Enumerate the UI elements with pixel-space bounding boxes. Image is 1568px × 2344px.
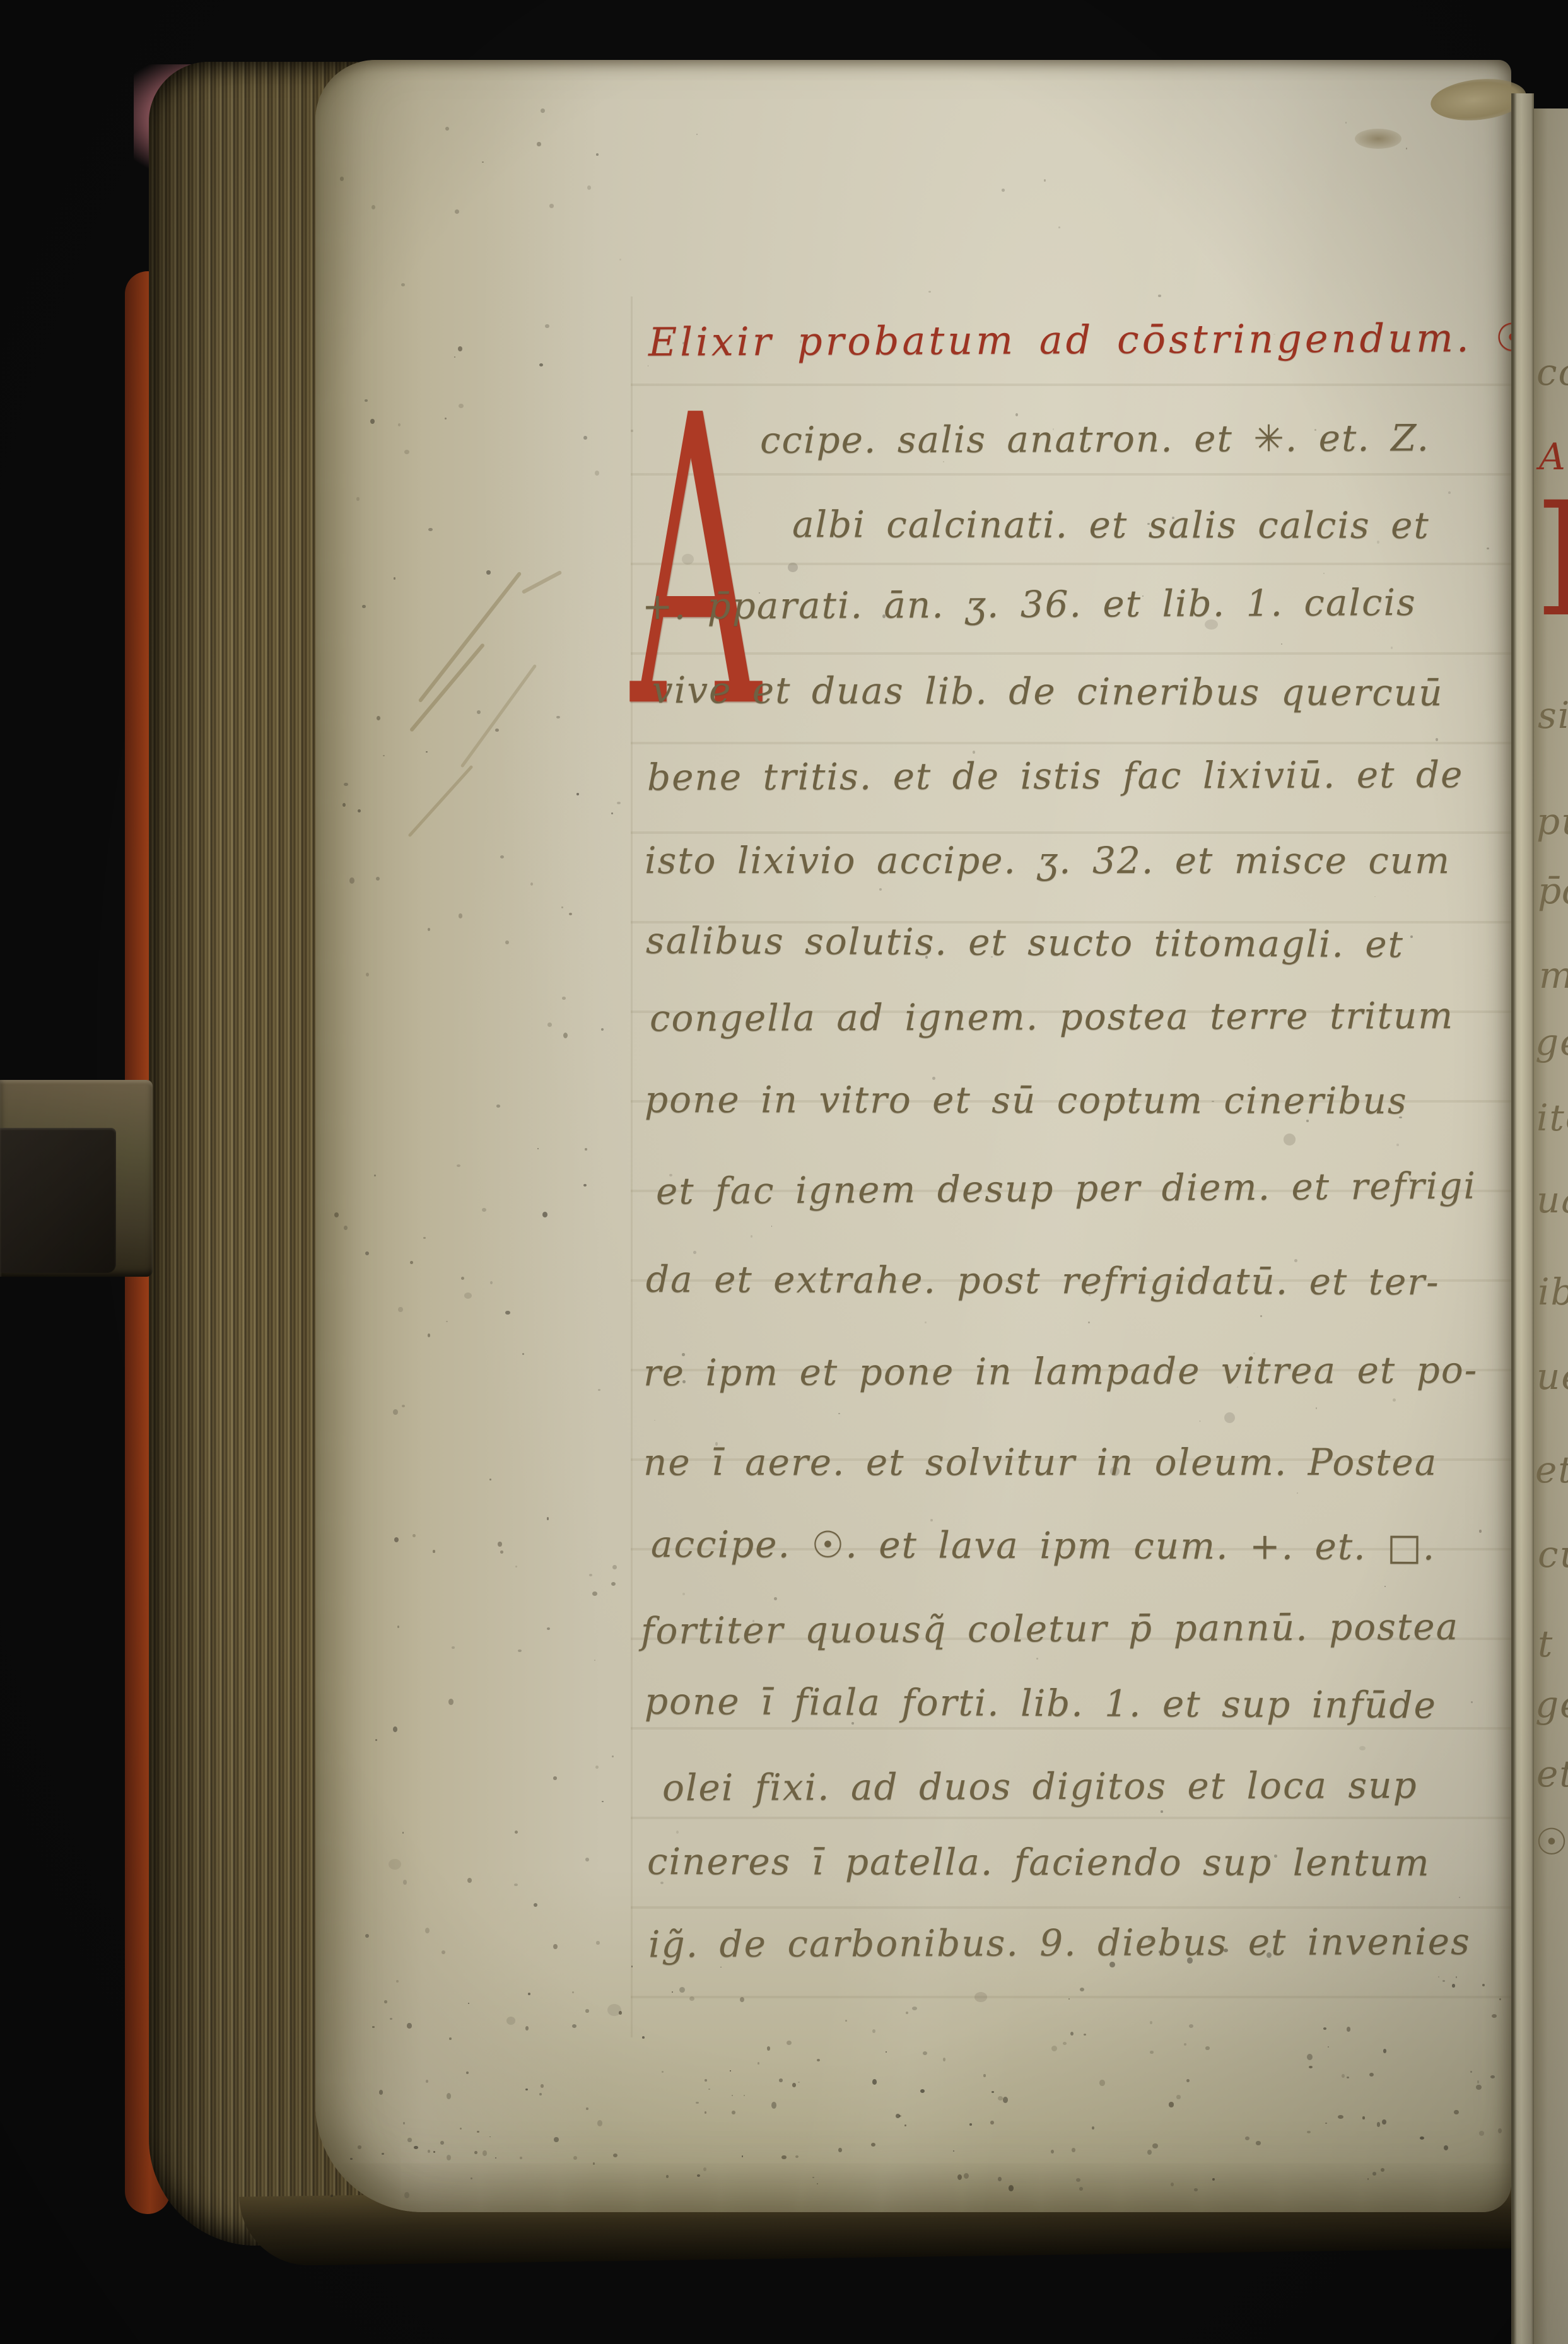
manuscript-line-10: et fac ignem desup per diem. et refrigi (656, 1164, 1477, 1212)
manuscript-line-12: re ipm et pone in lampade vitrea et po- (643, 1349, 1478, 1395)
parchment-page (315, 60, 1511, 2212)
facing-fragment: cures (1538, 1533, 1568, 1576)
facing-fragment: ☉. mi (1535, 1820, 1568, 1863)
manuscript-line-5: bene tritis. et de istis fac lixiviū. et… (647, 753, 1464, 799)
manuscript-line-2: albi calcinati. et salis calcis et (792, 503, 1430, 547)
facing-fragment: mo (1539, 954, 1568, 997)
rubric-heading: Elixir probatum ad cōstringendum. ☉. (648, 314, 1549, 365)
manuscript-line-1: ccipe. salis anatron. et ✳. et. Z. (760, 416, 1430, 462)
manuscript-line-14: accipe. ☉. et lava ipm cum. +. et. □. (651, 1523, 1436, 1568)
manuscript-photo: Elixir probatum ad cōstringendum. ☉. A c… (0, 0, 1568, 2344)
manuscript-line-13: ne ī aere. et solvitur in oleum. Postea (643, 1441, 1437, 1484)
facing-initial-R: R (1535, 468, 1568, 652)
manuscript-line-11: da et extrahe. post refrigidatū. et ter- (646, 1258, 1440, 1303)
facing-fragment: gella (1535, 1021, 1568, 1064)
manuscript-line-18: cineres ī patella. faciendo sup lentum (647, 1840, 1431, 1884)
manuscript-line-15: fortiter quousq̃ coletur p̄ pannū. poste… (641, 1605, 1460, 1653)
facing-fragment: gellab (1535, 1683, 1568, 1726)
manuscript-line-8: congella ad ignem. postea terre tritum (650, 994, 1454, 1040)
facing-fragment: p̄did (1538, 869, 1568, 912)
facing-fragment: uend (1536, 1355, 1568, 1398)
facing-fragment: si u (1538, 694, 1568, 737)
manuscript-line-19: ig̃. de carbonibus. 9. diebus et invenie… (648, 1920, 1471, 1966)
facing-fragment: t ist (1538, 1622, 1568, 1665)
facing-fragment: conte (1536, 351, 1568, 394)
facing-fragment: iter (1536, 1096, 1568, 1139)
clasp-buckle (0, 1128, 116, 1273)
manuscript-line-3: +. p̄parati. ān. ʒ. 36. et lib. 1. calci… (642, 581, 1417, 628)
manuscript-line-9: pone in vitro et sū coptum cineribus (645, 1078, 1408, 1122)
facing-fragment: et smi (1536, 1752, 1568, 1795)
manuscript-line-7: salibus solutis. et sucto titomagli. et (646, 919, 1404, 966)
manuscript-line-16: pone ī fiala forti. lib. 1. et sup infūd… (645, 1680, 1437, 1727)
facing-fragment: puer (1536, 800, 1568, 843)
manuscript-line-17: olei fixi. ad duos digitos et loca sup (662, 1764, 1418, 1809)
wax-blob-small (1355, 129, 1401, 149)
manuscript-line-4: vive et duas lib. de cineribus quercuū (652, 669, 1444, 714)
facing-fragment: ibus (1538, 1270, 1568, 1313)
page-separator-strip (1511, 93, 1534, 2344)
facing-fragment: et con (1535, 1448, 1568, 1491)
manuscript-line-6: isto lixivio accipe. ʒ. 32. et misce cum (645, 839, 1451, 882)
facing-fragment: uasis (1536, 1178, 1568, 1221)
